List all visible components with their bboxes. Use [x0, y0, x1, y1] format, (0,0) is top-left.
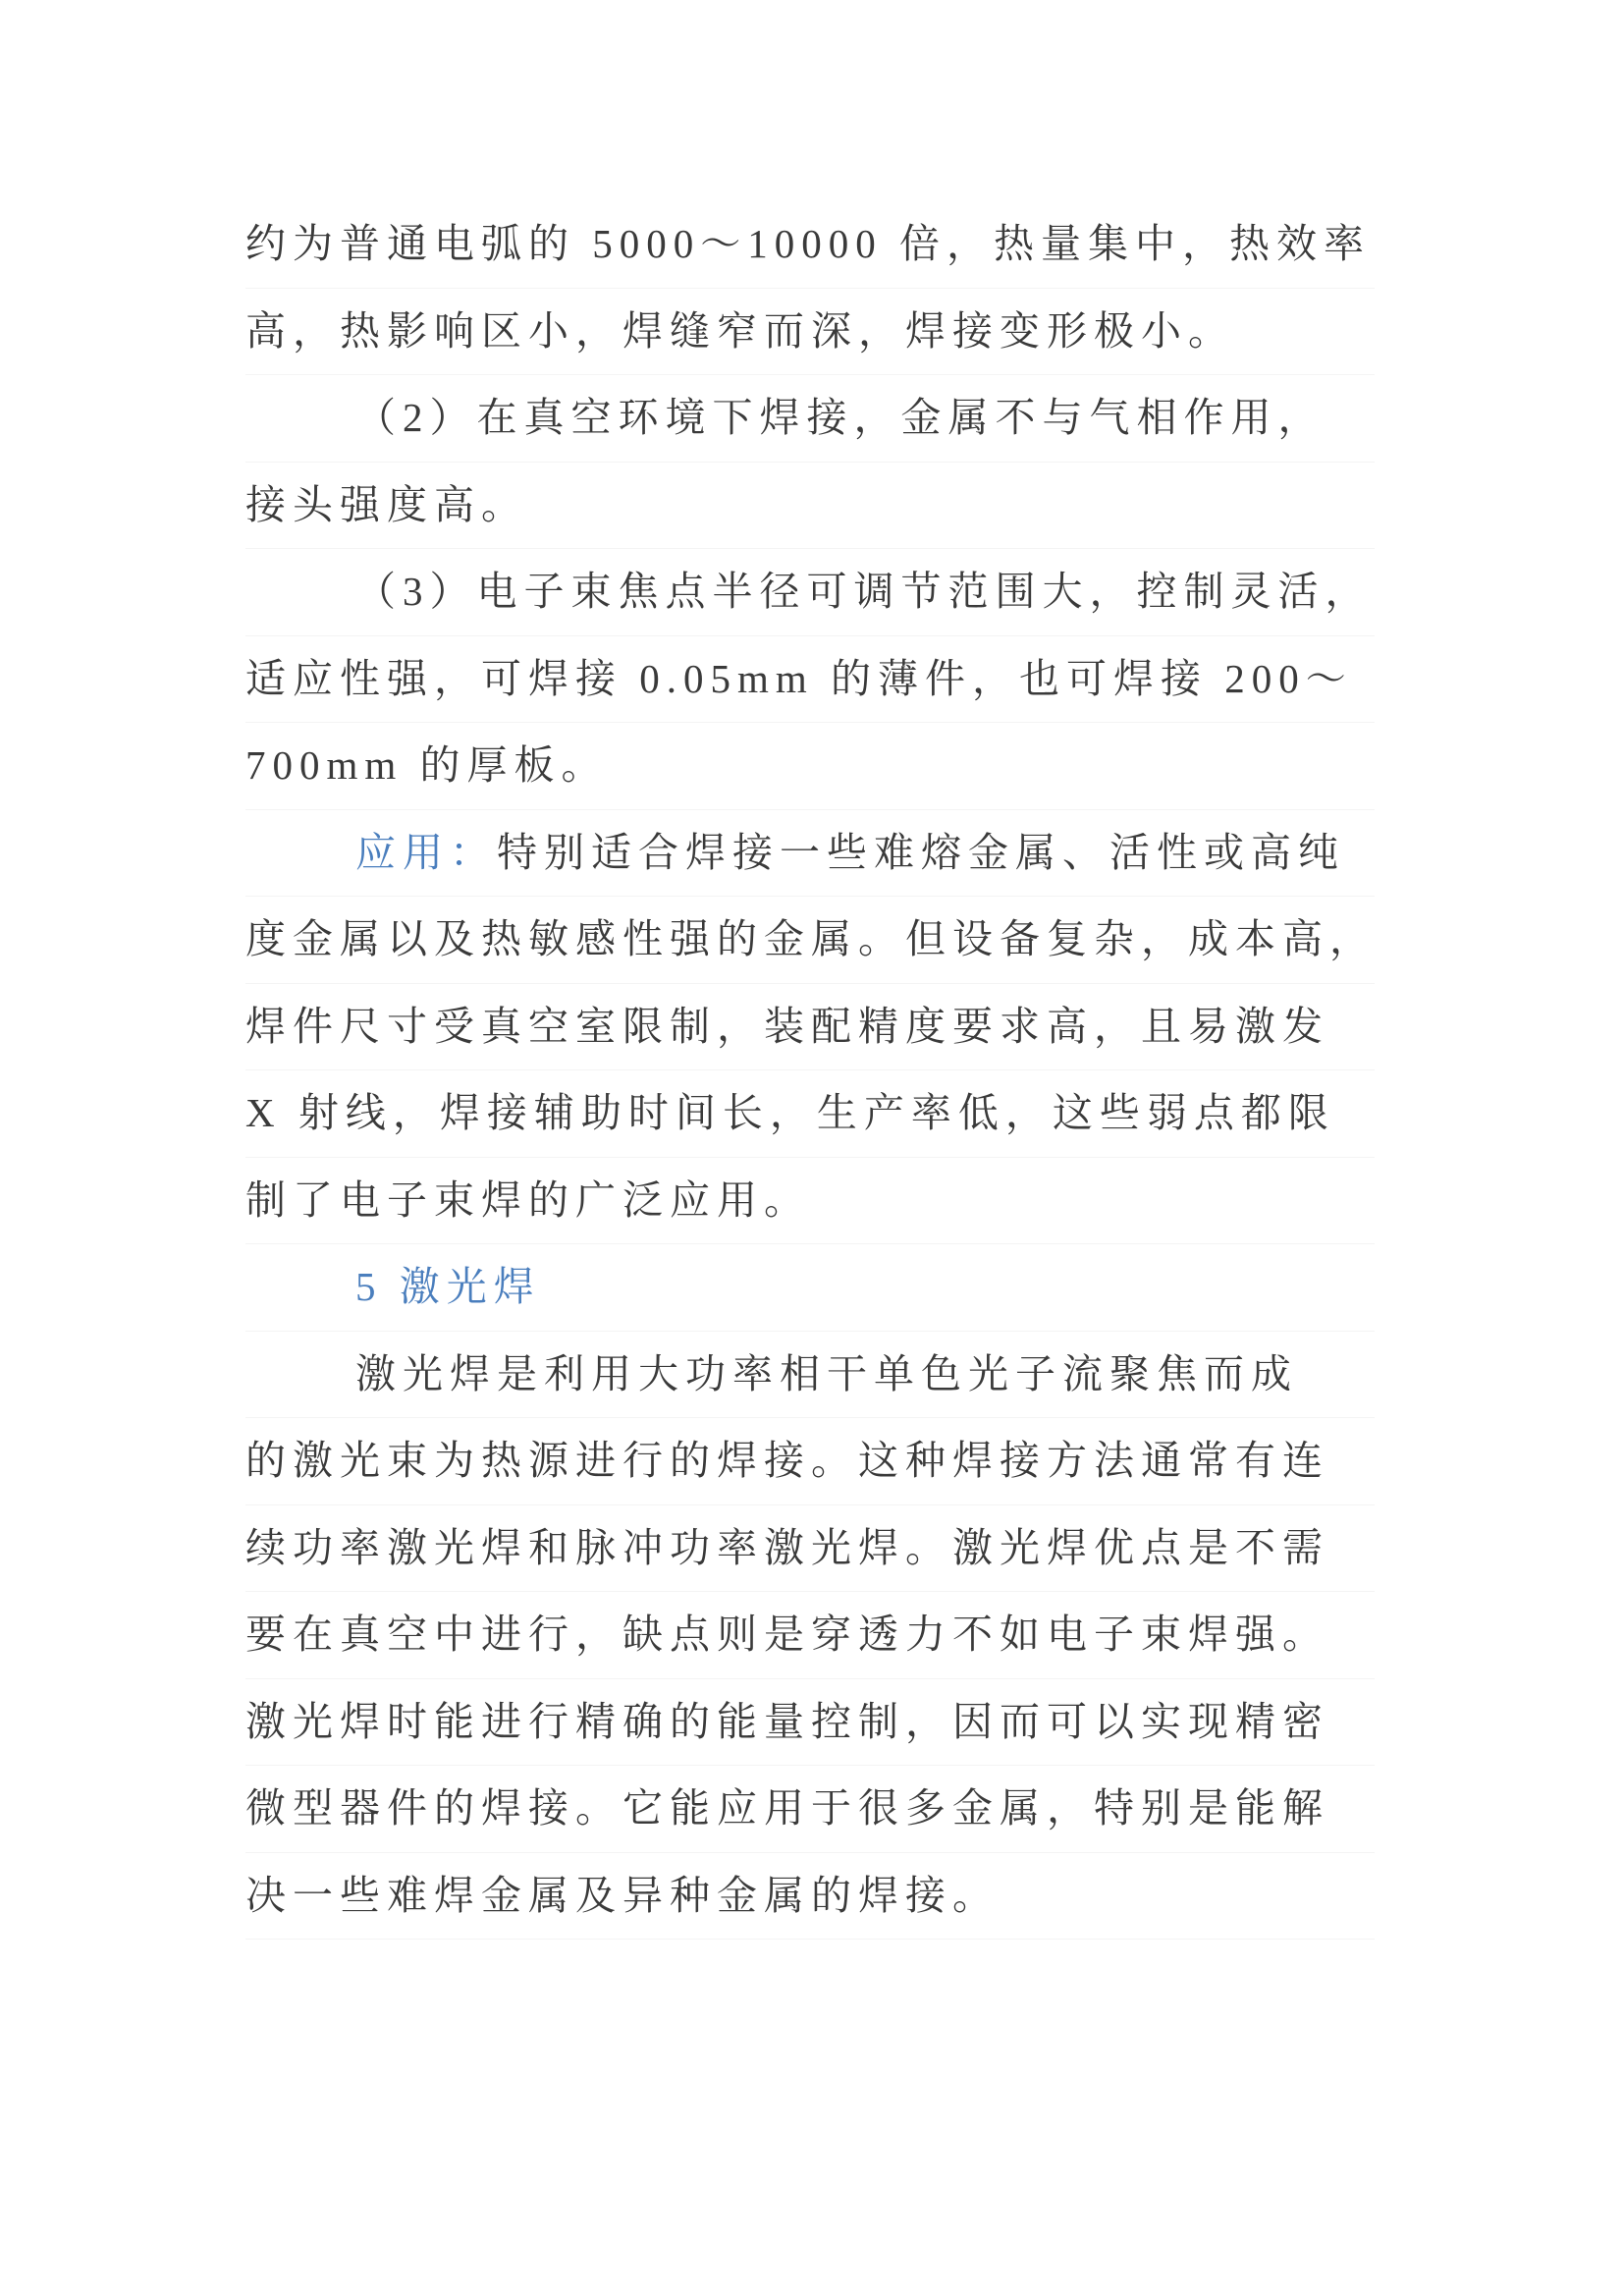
line-text: 焊件尺寸受真空室限制，装配精度要求高，且易激发: [245, 1004, 1329, 1049]
line-text: （2）在真空环境下焊接，金属不与气相作用，: [355, 395, 1325, 440]
line-text: 激光焊是利用大功率相干单色光子流聚焦而成: [355, 1351, 1298, 1396]
text-line: 决一些难焊金属及异种金属的焊接。: [245, 1853, 1375, 1941]
line-text: 700mm 的厚板。: [245, 742, 609, 788]
text-line: 适应性强，可焊接 0.05mm 的薄件，也可焊接 200～: [245, 636, 1375, 724]
document-page: 约为普通电弧的 5000～10000 倍，热量集中，热效率高，热影响区小，焊缝窄…: [0, 0, 1623, 2296]
line-text: 特别适合焊接一些难熔金属、活性或高纯: [497, 830, 1345, 875]
text-line: 700mm 的厚板。: [245, 723, 1375, 810]
text-line: 微型器件的焊接。它能应用于很多金属，特别是能解: [245, 1766, 1375, 1853]
text-line: X 射线，焊接辅助时间长，生产率低，这些弱点都限: [245, 1070, 1375, 1158]
text-line: 制了电子束焊的广泛应用。: [245, 1158, 1375, 1245]
text-line: 激光焊是利用大功率相干单色光子流聚焦而成: [245, 1332, 1375, 1419]
line-text: （3）电子束焦点半径可调节范围大，控制灵活，: [355, 569, 1373, 614]
text-line: 要在真空中进行，缺点则是穿透力不如电子束焊强。: [245, 1592, 1375, 1679]
line-text: 适应性强，可焊接 0.05mm 的薄件，也可焊接 200～: [245, 656, 1353, 701]
line-text: 激光焊时能进行精确的能量控制，因而可以实现精密: [245, 1699, 1329, 1744]
text-line: 接头强度高。: [245, 463, 1375, 550]
section-heading: 5 激光焊: [245, 1244, 1375, 1332]
line-text: 微型器件的焊接。它能应用于很多金属，特别是能解: [245, 1785, 1329, 1831]
line-text: 度金属以及热敏感性强的金属。但设备复杂，成本高，: [245, 916, 1377, 961]
line-text: 续功率激光焊和脉冲功率激光焊。激光焊优点是不需: [245, 1525, 1329, 1570]
line-text: 要在真空中进行，缺点则是穿透力不如电子束焊强。: [245, 1612, 1329, 1657]
text-line: 的激光束为热源进行的焊接。这种焊接方法通常有连: [245, 1418, 1375, 1505]
line-text: 制了电子束焊的广泛应用。: [245, 1177, 811, 1223]
text-line: （3）电子束焦点半径可调节范围大，控制灵活，: [245, 549, 1375, 636]
line-text: 的激光束为热源进行的焊接。这种焊接方法通常有连: [245, 1438, 1329, 1483]
text-block: 约为普通电弧的 5000～10000 倍，热量集中，热效率高，热影响区小，焊缝窄…: [245, 201, 1375, 1940]
text-line: 高，热影响区小，焊缝窄而深，焊接变形极小。: [245, 289, 1375, 376]
text-line: 应用：特别适合焊接一些难熔金属、活性或高纯: [245, 810, 1375, 898]
text-line: 度金属以及热敏感性强的金属。但设备复杂，成本高，: [245, 897, 1375, 984]
line-text: 约为普通电弧的 5000～10000 倍，热量集中，热效率: [245, 221, 1371, 266]
line-text: 5 激光焊: [355, 1264, 541, 1309]
text-line: 激光焊时能进行精确的能量控制，因而可以实现精密: [245, 1679, 1375, 1767]
accent-label-prefix: 应用：: [355, 830, 497, 875]
text-line: 焊件尺寸受真空室限制，装配精度要求高，且易激发: [245, 984, 1375, 1071]
text-line: 约为普通电弧的 5000～10000 倍，热量集中，热效率: [245, 201, 1375, 289]
line-text: 决一些难焊金属及异种金属的焊接。: [245, 1873, 1000, 1918]
text-line: （2）在真空环境下焊接，金属不与气相作用，: [245, 375, 1375, 463]
line-text: 高，热影响区小，焊缝窄而深，焊接变形极小。: [245, 308, 1235, 354]
line-text: X 射线，焊接辅助时间长，生产率低，这些弱点都限: [245, 1090, 1335, 1135]
line-text: 接头强度高。: [245, 482, 528, 527]
text-line: 续功率激光焊和脉冲功率激光焊。激光焊优点是不需: [245, 1505, 1375, 1593]
